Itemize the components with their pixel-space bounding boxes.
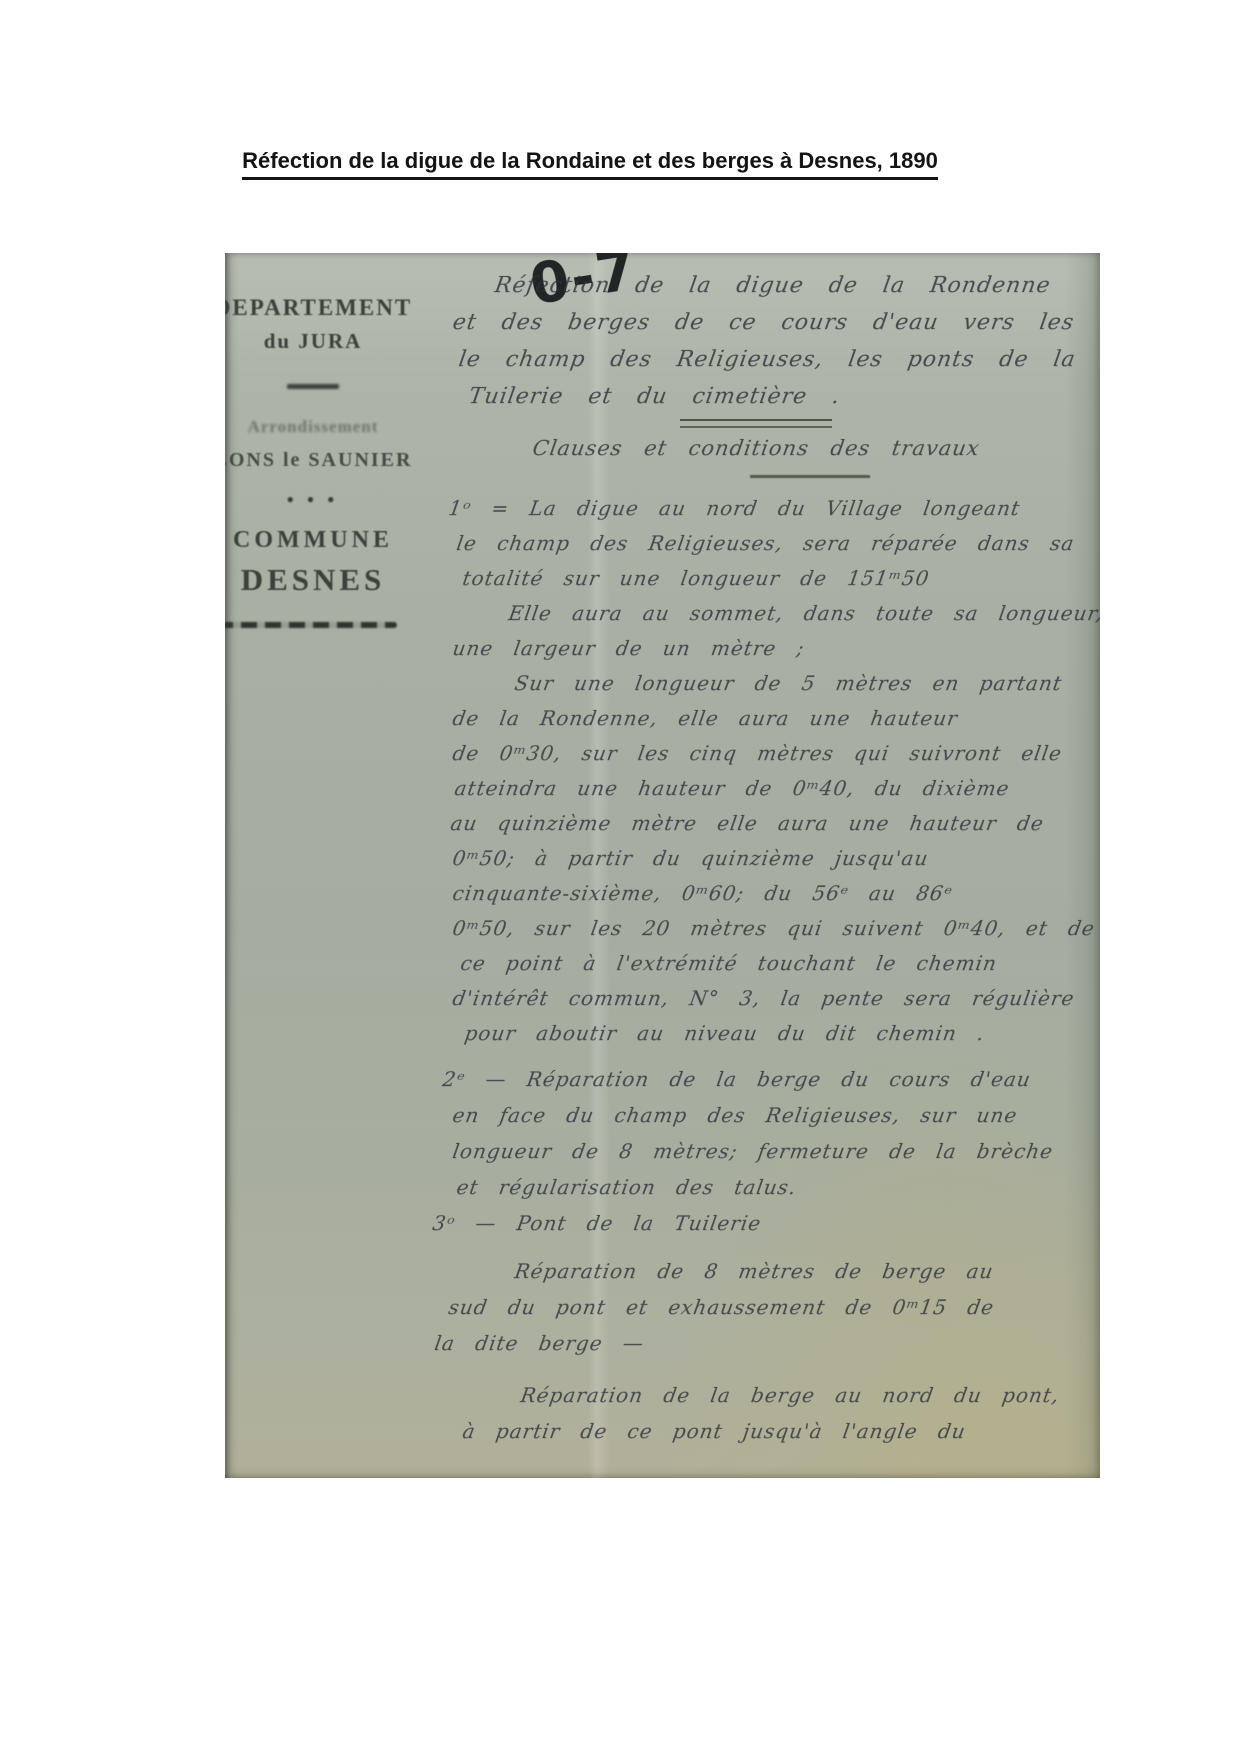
handwritten-line: en face du champ des Religieuses, sur un… xyxy=(450,1097,1056,1133)
handwritten-line: Clauses et conditions des travaux xyxy=(530,431,983,466)
handwritten-line: de 0ᵐ30, sur les cinq mètres qui suivron… xyxy=(450,736,1100,771)
handwritten-line: sud du pont et exhaussement de 0ᵐ15 de xyxy=(446,1289,1062,1325)
handwritten-clause-2: 2ᵉ — Réparation de la berge du cours d'e… xyxy=(450,1061,1050,1205)
handwritten-heading: Réfection de la digue de la Rondenne et … xyxy=(450,267,1073,415)
handwritten-section-title: Clauses et conditions des travaux xyxy=(530,431,977,466)
handwritten-line: longueur de 8 mètres; fermeture de la br… xyxy=(450,1133,1056,1169)
handwritten-line: de la Rondenne, elle aura une hauteur xyxy=(450,701,1100,736)
handwritten-line: Tuilerie et du cimetière . xyxy=(466,378,1079,415)
stamp-arrondissement-value: LONS le SAUNIER xyxy=(225,449,433,472)
handwritten-clause-3: 3ᵒ — Pont de la Tuilerie Réparation de 8… xyxy=(450,1205,1057,1449)
stamp-department-value: du JURA xyxy=(225,329,433,354)
stamp-ornament-dash xyxy=(287,384,339,389)
handwritten-line: la dite berge — xyxy=(432,1325,1062,1361)
handwritten-line: 0ᵐ50, sur les 20 mètres qui suivent 0ᵐ40… xyxy=(450,911,1100,946)
handwritten-line: pour aboutir au niveau du dit chemin . xyxy=(462,1016,1100,1051)
double-rule xyxy=(680,419,832,428)
handwritten-line: à partir de ce pont jusqu'à l'angle du xyxy=(460,1413,1062,1449)
handwritten-line: et des berges de ce cours d'eau vers les xyxy=(450,304,1079,341)
handwritten-line: Réfection de la digue de la Rondenne xyxy=(492,267,1079,304)
handwritten-line: 2ᵉ — Réparation de la berge du cours d'e… xyxy=(440,1061,1056,1097)
handwritten-line: et régularisation des talus. xyxy=(454,1169,1056,1205)
handwritten-line: ce point à l'extrémité touchant le chemi… xyxy=(458,946,1100,981)
stamp-commune-label: COMMUNE xyxy=(225,527,433,554)
handwritten-line: Sur une longueur de 5 mètres en partant xyxy=(512,666,1100,701)
handwritten-line: d'intérêt commun, N° 3, la pente sera ré… xyxy=(450,981,1100,1016)
handwritten-line: une largeur de un mètre ; xyxy=(450,631,1100,666)
handwritten-line: 0ᵐ50; à partir du quinzième jusqu'au xyxy=(450,841,1100,876)
scanned-document: DEPARTEMENT du JURA Arrondissement LONS … xyxy=(225,253,1100,1478)
handwritten-line: cinquante-sixième, 0ᵐ60; du 56ᵉ au 86ᵉ xyxy=(450,876,1100,911)
handwritten-line: le champ des Religieuses, les ponts de l… xyxy=(456,341,1079,378)
handwritten-line: atteindra une hauteur de 0ᵐ40, du dixièm… xyxy=(452,771,1100,806)
handwritten-line: Elle aura au sommet, dans toute sa longu… xyxy=(506,596,1100,631)
stamp-department-label: DEPARTEMENT xyxy=(225,295,433,321)
handwritten-line: Réparation de la berge au nord du pont, xyxy=(518,1377,1062,1413)
handwritten-line: 3ᵒ — Pont de la Tuilerie xyxy=(430,1205,1062,1241)
handwritten-line: Réparation de 8 mètres de berge au xyxy=(512,1253,1062,1289)
handwritten-line: le champ des Religieuses, sera réparée d… xyxy=(454,526,1100,561)
page-title: Réfection de la digue de la Rondaine et … xyxy=(242,148,938,180)
caption-title-wrap: Réfection de la digue de la Rondaine et … xyxy=(0,148,1180,180)
page: Réfection de la digue de la Rondaine et … xyxy=(0,0,1240,1754)
stamp-scribble-line xyxy=(225,622,397,628)
handwritten-clause-1: 1ᵒ = La digue au nord du Village longean… xyxy=(450,491,1100,1051)
stamp-arrondissement-label: Arrondissement xyxy=(225,417,433,437)
single-rule xyxy=(750,475,870,478)
stamp-commune-value: DESNES xyxy=(225,562,433,598)
handwritten-line: 1ᵒ = La digue au nord du Village longean… xyxy=(446,491,1100,526)
administrative-stamp: DEPARTEMENT du JURA Arrondissement LONS … xyxy=(225,295,433,628)
handwritten-line: au quinzième mètre elle aura une hauteur… xyxy=(448,806,1100,841)
stamp-ornament-dots: ● ● ● xyxy=(225,492,433,507)
handwritten-line: totalité sur une longueur de 151ᵐ50 xyxy=(460,561,1100,596)
